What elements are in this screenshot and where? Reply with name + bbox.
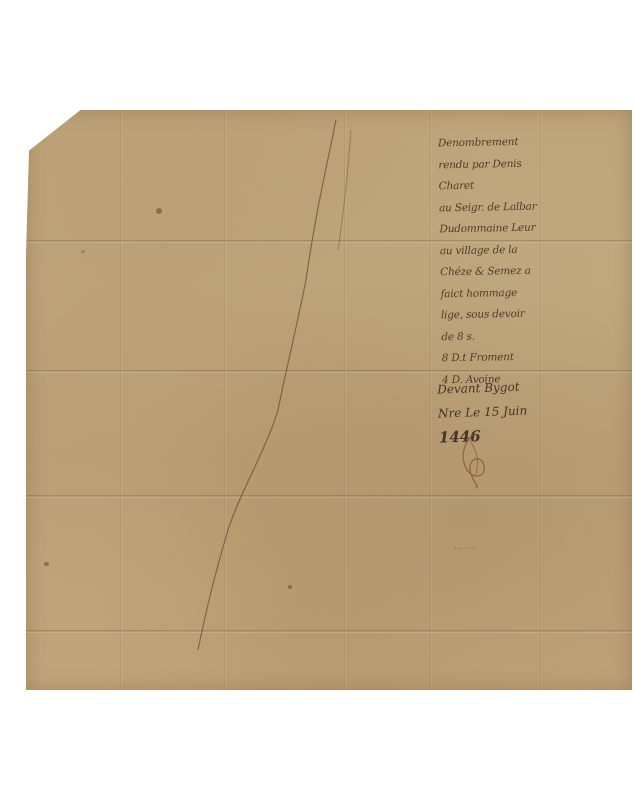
fold-line-vertical — [430, 110, 432, 690]
faint-annotation: … … — [454, 542, 475, 553]
parchment-sheet: Denombrement rendu par Denis Charet au S… — [26, 110, 632, 690]
crack-line — [176, 110, 376, 690]
stain-mark — [44, 562, 49, 566]
endorsement-line: au village de la — [440, 238, 590, 262]
endorsement-line: au Seigr. de Lalbar — [439, 195, 589, 219]
endorsement-text: Denombrement rendu par Denis Charet au S… — [438, 131, 592, 392]
endorsement-line: 8 D.t Froment — [442, 346, 592, 370]
endorsement-line: Charet — [439, 174, 589, 198]
fold-line-vertical — [120, 110, 122, 690]
stain-mark — [288, 585, 292, 589]
endorsement-line: rendu par Denis — [438, 152, 588, 176]
endorsement-line: lige, sous devoir — [441, 303, 591, 327]
endorsement-line: faict hommage — [440, 281, 590, 305]
signature-flourish-icon — [446, 430, 496, 490]
endorsement-line: Denombrement — [438, 131, 588, 155]
stain-mark — [81, 250, 85, 253]
endorsement-line: de 8 s. — [441, 324, 591, 348]
stain-mark — [156, 208, 162, 214]
endorsement-line: Dudommaine Leur — [439, 217, 589, 241]
endorsement-line: Chéze & Semez a — [440, 260, 590, 284]
